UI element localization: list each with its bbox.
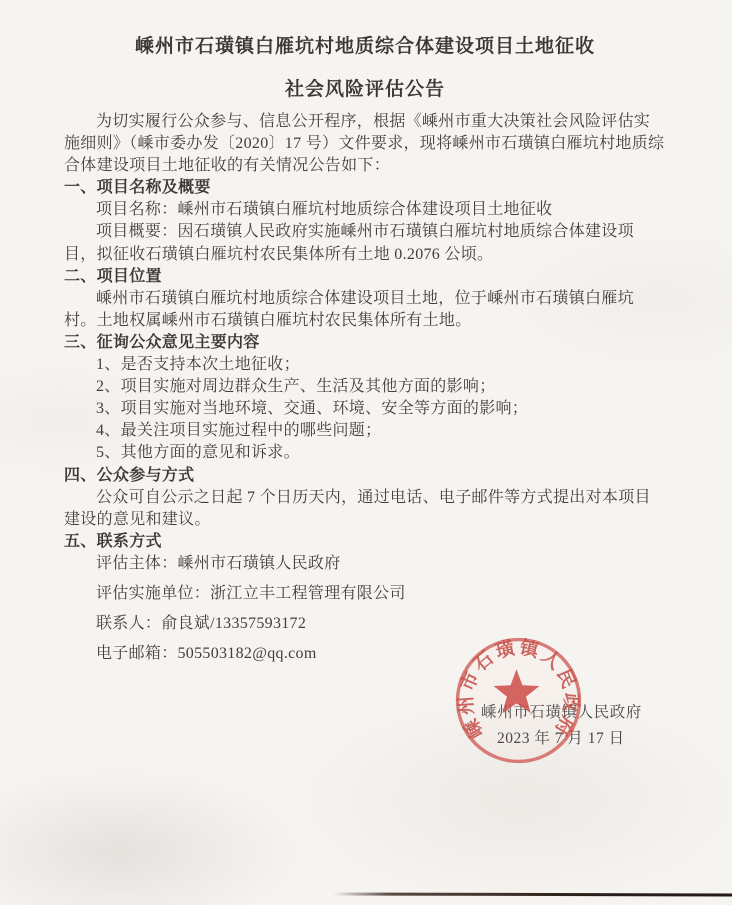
section-heading-2: 二、项目位置: [64, 266, 666, 288]
section-paragraph: 公众可自公示之日起 7 个日历天内，通过电话、电子邮件等方式提出对本项目建设的意…: [64, 487, 666, 531]
section-contact: 五、联系方式 评估主体：嵊州市石璜镇人民政府 评估实施单位：浙江立丰工程管理有限…: [64, 531, 666, 665]
scan-edge-line: [333, 892, 732, 896]
issue-date: 2023 年 7 月 17 日: [497, 726, 625, 748]
list-item: 5、其他方面的意见和诉求。: [64, 442, 666, 464]
doc-title-line1: 嵊州市石璜镇白雁坑村地质综合体建设项目土地征收: [64, 34, 666, 60]
section-public-opinion: 三、征询公众意见主要内容 1、是否支持本次土地征收； 2、项目实施对周边群众生产…: [64, 332, 666, 465]
list-item: 2、项目实施对周边群众生产、生活及其他方面的影响；: [64, 376, 666, 398]
scanned-notice-page: 嵊州市石璜镇白雁坑村地质综合体建设项目土地征收 社会风险评估公告 为切实履行公众…: [0, 0, 732, 905]
contact-person-phone: 联系人：俞良斌/13357593172: [64, 613, 666, 635]
notice-text: 为切实履行公众参与、信息公开程序，根据《嵊州市重大决策社会风险评估实施细则》（嵊…: [64, 111, 666, 665]
doc-title-line2: 社会风险评估公告: [64, 77, 666, 103]
section-participation: 四、公众参与方式 公众可自公示之日起 7 个日历天内，通过电话、电子邮件等方式提…: [64, 465, 666, 531]
contact-assessor: 评估主体：嵊州市石璜镇人民政府: [64, 553, 666, 575]
list-item: 3、项目实施对当地环境、交通、环境、安全等方面的影响；: [64, 398, 666, 420]
section-heading-5: 五、联系方式: [64, 531, 666, 553]
section-project-location: 二、项目位置 嵊州市石璜镇白雁坑村地质综合体建设项目土地，位于嵊州市石璜镇白雁坑…: [64, 266, 666, 332]
list-item: 1、是否支持本次土地征收；: [64, 354, 666, 376]
section-paragraph: 项目名称：嵊州市石璜镇白雁坑村地质综合体建设项目土地征收: [64, 199, 666, 221]
section-paragraph: 嵊州市石璜镇白雁坑村地质综合体建设项目土地，位于嵊州市石璜镇白雁坑村。土地权属嵊…: [64, 288, 666, 332]
intro-paragraph: 为切实履行公众参与、信息公开程序，根据《嵊州市重大决策社会风险评估实施细则》（嵊…: [64, 111, 666, 177]
contact-email: 电子邮箱：505503182@qq.com: [64, 643, 666, 665]
section-project-name: 一、项目名称及概要 项目名称：嵊州市石璜镇白雁坑村地质综合体建设项目土地征收 项…: [64, 177, 666, 265]
section-heading-3: 三、征询公众意见主要内容: [64, 332, 666, 354]
issuer-signature: 嵊州市石璜镇人民政府: [481, 700, 642, 722]
section-heading-4: 四、公众参与方式: [64, 465, 666, 487]
section-paragraph: 项目概要：因石璜镇人民政府实施嵊州市石璜镇白雁坑村地质综合体建设项目，拟征收石璜…: [64, 221, 666, 265]
notice-body: 嵊州市石璜镇白雁坑村地质综合体建设项目土地征收 社会风险评估公告 为切实履行公众…: [0, 0, 732, 665]
section-heading-1: 一、项目名称及概要: [64, 177, 666, 199]
list-item: 4、最关注项目实施过程中的哪些问题；: [64, 420, 666, 442]
contact-implementer: 评估实施单位：浙江立丰工程管理有限公司: [64, 583, 666, 605]
